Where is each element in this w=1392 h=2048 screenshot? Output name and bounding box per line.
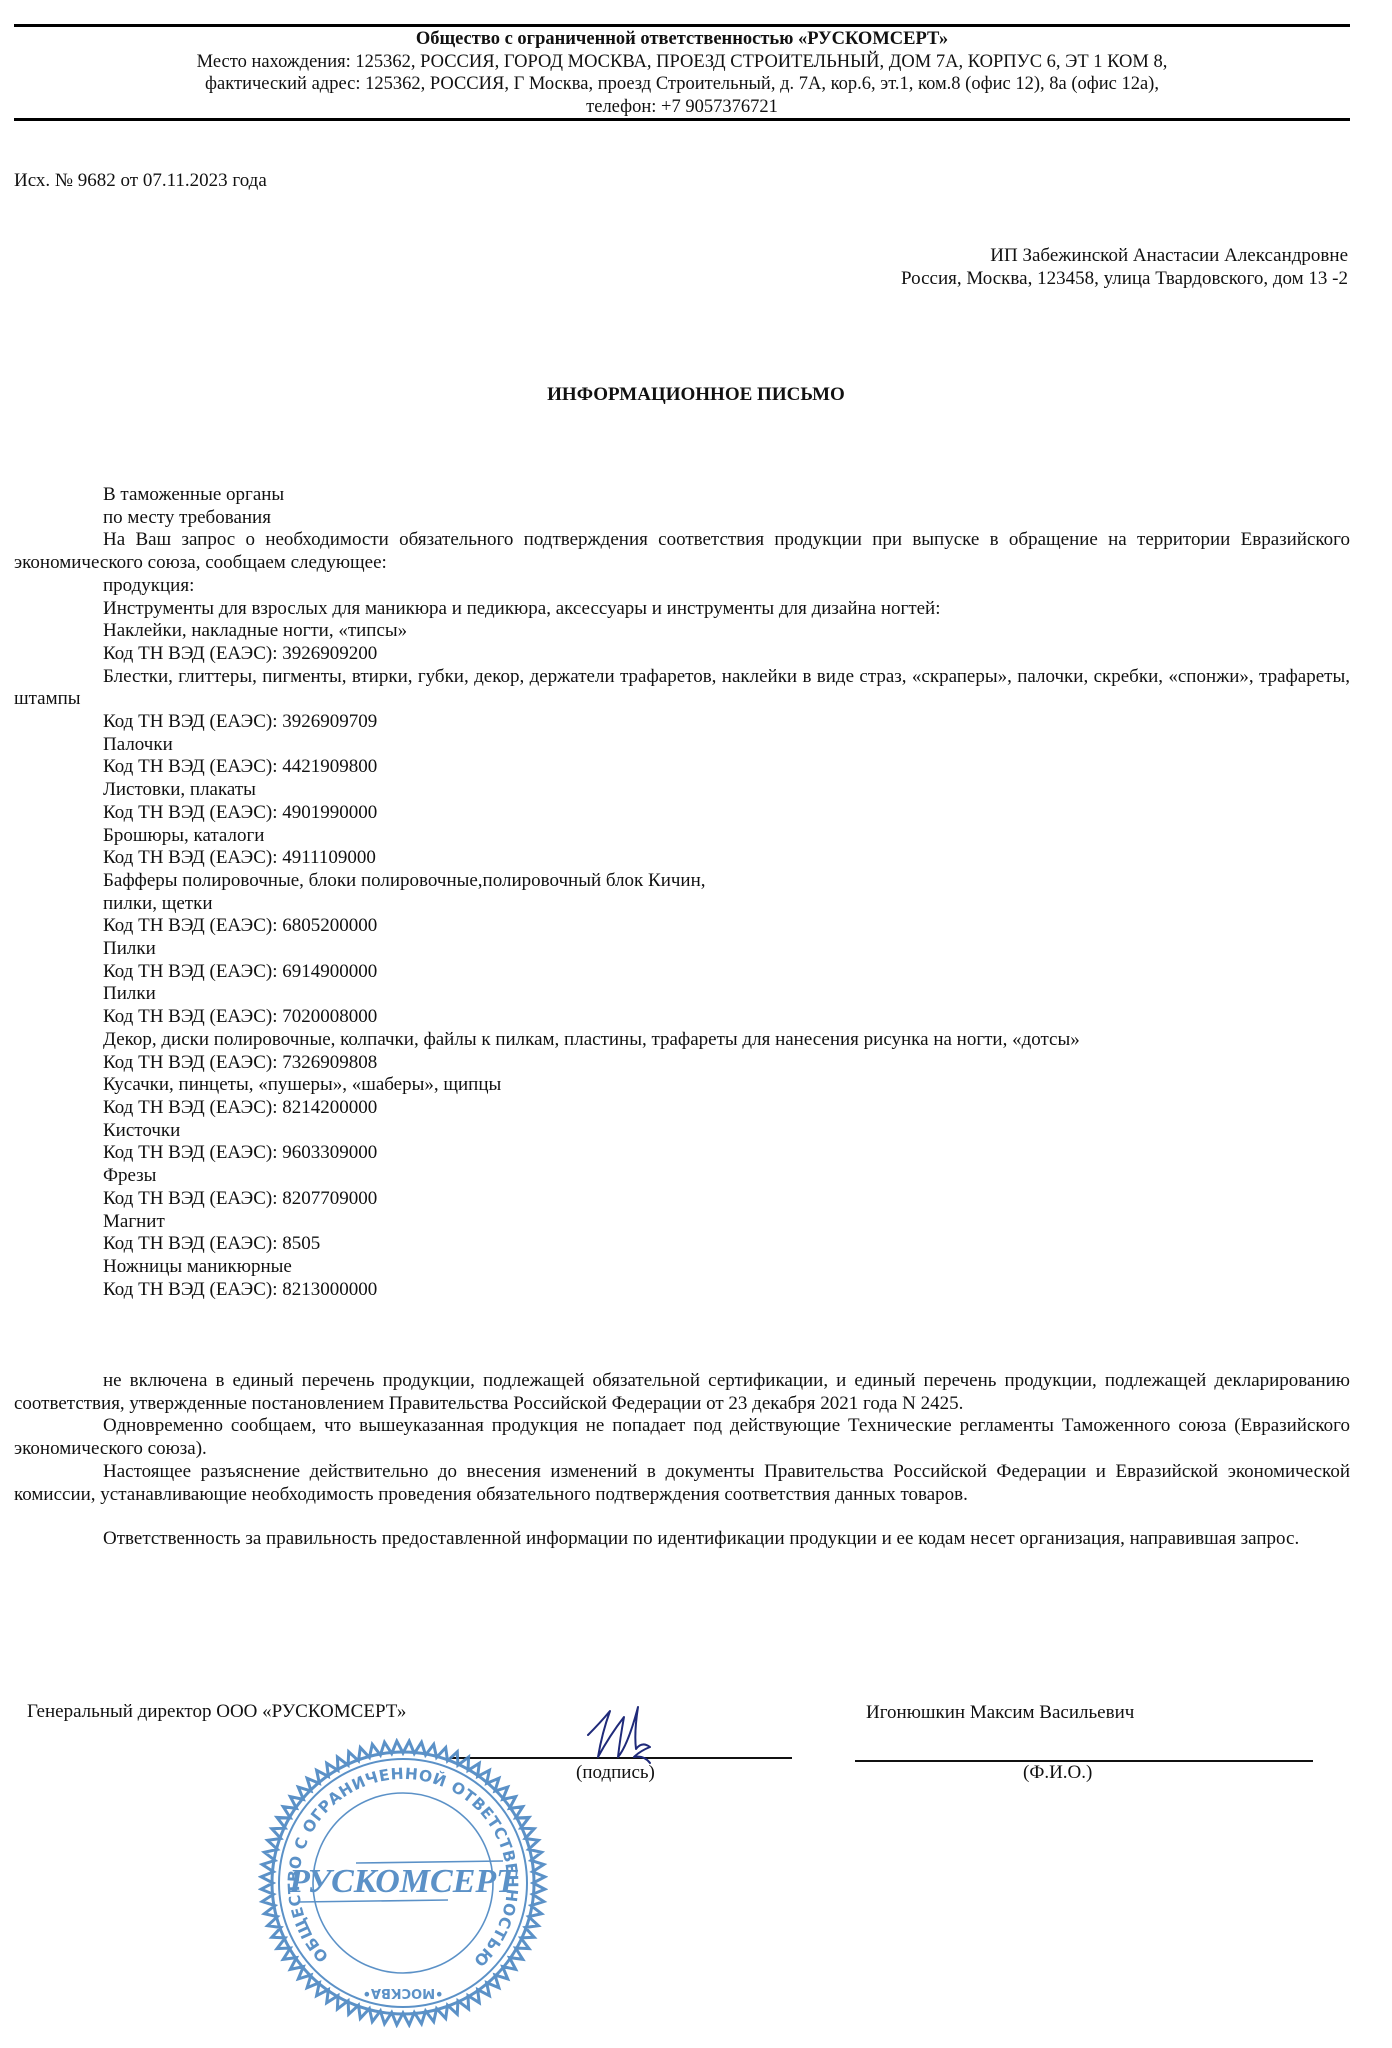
product-item: ПилкиКод ТН ВЭД (ЕАЭС): 7020008000: [14, 983, 1350, 1028]
product-code: Код ТН ВЭД (ЕАЭС): 4901990000: [14, 802, 1350, 825]
seal-center-text: РУСКОМСЕРТ: [288, 1863, 518, 1900]
product-name: Пилки: [14, 983, 1350, 1006]
product-list: Наклейки, накладные ногти, «типсы»Код ТН…: [14, 620, 1350, 1301]
recipient-line-2: по месту требования: [14, 507, 1350, 530]
product-name: Фрезы: [14, 1165, 1350, 1188]
company-seal: ОБЩЕСТВО С ОГРАНИЧЕННОЙ ОТВЕТСТВЕННОСТЬЮ…: [258, 1738, 548, 2028]
product-code: Код ТН ВЭД (ЕАЭС): 7326909808: [14, 1052, 1350, 1075]
product-name: Ножницы маникюрные: [14, 1256, 1350, 1279]
handwritten-signature: [580, 1705, 670, 1770]
product-name: Блестки, глиттеры, пигменты, втирки, губ…: [14, 666, 1350, 711]
intro-paragraph: На Ваш запрос о необходимости обязательн…: [14, 529, 1350, 574]
product-item: Кусачки, пинцеты, «пушеры», «шаберы», щи…: [14, 1074, 1350, 1119]
product-item: Листовки, плакатыКод ТН ВЭД (ЕАЭС): 4901…: [14, 779, 1350, 824]
addressee-name: ИП Забежинской Анастасии Александровне: [901, 244, 1348, 267]
product-code: Код ТН ВЭД (ЕАЭС): 4911109000: [14, 847, 1350, 870]
letter-body: В таможенные органы по месту требования …: [14, 484, 1350, 1301]
product-code: Код ТН ВЭД (ЕАЭС): 6805200000: [14, 915, 1350, 938]
letterhead-bottom-rule: [14, 118, 1350, 121]
product-item: ПалочкиКод ТН ВЭД (ЕАЭС): 4421909800: [14, 734, 1350, 779]
document-title: ИНФОРМАЦИОННОЕ ПИСЬМО: [0, 384, 1392, 407]
name-caption: (Ф.И.О.): [1023, 1762, 1092, 1785]
closing-paragraph-1: не включена в единый перечень продукции,…: [14, 1370, 1350, 1415]
product-name: Кисточки: [14, 1120, 1350, 1143]
product-name: Наклейки, накладные ногти, «типсы»: [14, 620, 1350, 643]
product-code: Код ТН ВЭД (ЕАЭС): 6914900000: [14, 961, 1350, 984]
product-code: Код ТН ВЭД (ЕАЭС): 4421909800: [14, 756, 1350, 779]
product-code: Код ТН ВЭД (ЕАЭС): 8214200000: [14, 1097, 1350, 1120]
product-category: Инструменты для взрослых для маникюра и …: [14, 598, 1350, 621]
actual-address: фактический адрес: 125362, РОССИЯ, Г Мос…: [14, 73, 1350, 96]
product-code: Код ТН ВЭД (ЕАЭС): 8505: [14, 1233, 1350, 1256]
signer-role: Генеральный директор ООО «РУСКОМСЕРТ»: [27, 1701, 406, 1724]
letterhead-top-rule: [14, 24, 1350, 27]
product-code: Код ТН ВЭД (ЕАЭС): 8207709000: [14, 1188, 1350, 1211]
product-item: Ножницы маникюрныеКод ТН ВЭД (ЕАЭС): 821…: [14, 1256, 1350, 1301]
product-item: МагнитКод ТН ВЭД (ЕАЭС): 8505: [14, 1211, 1350, 1256]
addressee-address: Россия, Москва, 123458, улица Твардовско…: [901, 267, 1348, 290]
product-name: Листовки, плакаты: [14, 779, 1350, 802]
product-item: Наклейки, накладные ногти, «типсы»Код ТН…: [14, 620, 1350, 665]
closing-paragraph-2: Одновременно сообщаем, что вышеуказанная…: [14, 1415, 1350, 1460]
product-item: Блестки, глиттеры, пигменты, втирки, губ…: [14, 666, 1350, 734]
products-label: продукция:: [14, 575, 1350, 598]
product-item: Бафферы полировочные, блоки полировочные…: [14, 870, 1350, 938]
recipient-line-1: В таможенные органы: [14, 484, 1350, 507]
product-name: Магнит: [14, 1211, 1350, 1234]
closing-paragraph-3: Настоящее разъяснение действительно до в…: [14, 1461, 1350, 1506]
product-item: ПилкиКод ТН ВЭД (ЕАЭС): 6914900000: [14, 938, 1350, 983]
paragraph-gap: [14, 1506, 1350, 1528]
closing-section: не включена в единый перечень продукции,…: [14, 1370, 1350, 1551]
letterhead: Общество с ограниченной ответственностью…: [14, 28, 1350, 118]
seal-bottom-text: •МОСКВА•: [363, 1985, 444, 2000]
product-item: Брошюры, каталогиКод ТН ВЭД (ЕАЭС): 4911…: [14, 825, 1350, 870]
product-name: Декор, диски полировочные, колпачки, фай…: [14, 1029, 1350, 1052]
product-code: Код ТН ВЭД (ЕАЭС): 3926909709: [14, 711, 1350, 734]
product-code: Код ТН ВЭД (ЕАЭС): 3926909200: [14, 643, 1350, 666]
product-name-continued: пилки, щетки: [14, 893, 1350, 916]
outgoing-reference: Исх. № 9682 от 07.11.2023 года: [14, 170, 267, 193]
company-phone: телефон: +7 9057376721: [14, 96, 1350, 119]
product-name: Пилки: [14, 938, 1350, 961]
product-item: Декор, диски полировочные, колпачки, фай…: [14, 1029, 1350, 1074]
product-name: Кусачки, пинцеты, «пушеры», «шаберы», щи…: [14, 1074, 1350, 1097]
signer-name: Игонюшкин Максим Васильевич: [866, 1702, 1134, 1725]
addressee: ИП Забежинской Анастасии Александровне Р…: [901, 244, 1348, 290]
product-item: ФрезыКод ТН ВЭД (ЕАЭС): 8207709000: [14, 1165, 1350, 1210]
product-code: Код ТН ВЭД (ЕАЭС): 8213000000: [14, 1279, 1350, 1302]
company-name: Общество с ограниченной ответственностью…: [14, 28, 1350, 51]
product-name: Бафферы полировочные, блоки полировочные…: [14, 870, 1350, 893]
product-item: КисточкиКод ТН ВЭД (ЕАЭС): 9603309000: [14, 1120, 1350, 1165]
product-name: Брошюры, каталоги: [14, 825, 1350, 848]
closing-paragraph-4: Ответственность за правильность предоста…: [14, 1528, 1350, 1551]
legal-address: Место нахождения: 125362, РОССИЯ, ГОРОД …: [14, 51, 1350, 74]
product-name: Палочки: [14, 734, 1350, 757]
product-code: Код ТН ВЭД (ЕАЭС): 7020008000: [14, 1006, 1350, 1029]
product-code: Код ТН ВЭД (ЕАЭС): 9603309000: [14, 1142, 1350, 1165]
